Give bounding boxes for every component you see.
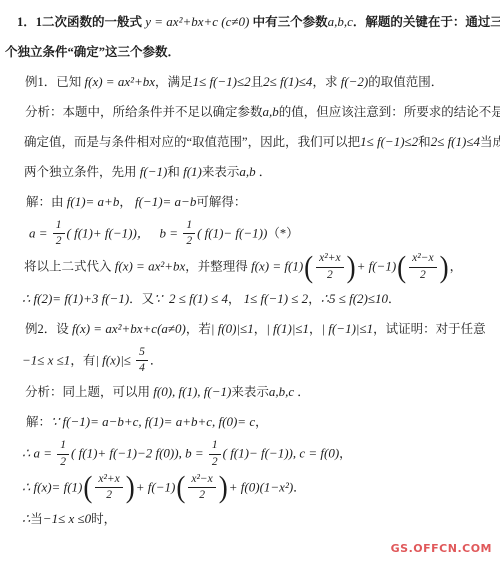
fraction-numerator: x²−x: [409, 252, 436, 267]
paren-fraction: (x²+x2): [82, 471, 135, 504]
fraction-body: x²+x2: [95, 473, 122, 502]
text-run: ，: [119, 195, 135, 209]
close-paren: ): [126, 472, 135, 502]
fraction-body: 12: [183, 219, 195, 248]
document-line: 解：∵ f(−1)= a−b+c, f(1)= a+b+c, f(0)= c，: [5, 407, 496, 437]
text-run: ，: [309, 322, 322, 336]
math-run: f(−1): [137, 164, 168, 179]
math-run: | f(x)|≤: [95, 353, 134, 368]
fraction-numerator: 1: [57, 439, 69, 454]
document-line: 解：由 f(1)= a+b， f(−1)= a−b可解得：: [5, 187, 496, 217]
math-run: a =: [29, 226, 51, 241]
fraction-numerator: 1: [209, 439, 221, 454]
document-line: 两个独立条件，先用 f(−1)和 f(1)来表示a,b ．: [5, 157, 496, 187]
text-run: 两个独立条件，先用: [24, 165, 137, 179]
text-run: 和: [418, 135, 431, 149]
text-run: 且: [251, 75, 264, 89]
document-line: −1≤ x ≤1，有| f(x)|≤ 54．: [5, 344, 496, 377]
math-run: −1≤ x ≤0: [43, 511, 91, 526]
document-line: 例2．设 f(x) = ax²+bx+c(a≠0)，若| f(0)|≤1，| f…: [5, 314, 496, 344]
fraction-body: x²−x2: [188, 473, 215, 502]
math-run: 1≤ f(−1)≤2: [360, 134, 418, 149]
close-paren: ): [347, 252, 356, 282]
document-line: ∴当−1≤ x ≤0时，: [5, 504, 496, 534]
text-run: 例1．已知: [25, 75, 81, 89]
math-run: 1≤ f(−1) ≤ 2: [244, 291, 309, 306]
math-run: f(1): [180, 164, 202, 179]
math-run: y = ax²+bx+c (c≠0): [142, 14, 253, 29]
fraction-denominator: 2: [199, 488, 205, 502]
math-run: | f(1)|≤1: [266, 321, 309, 336]
open-paren: (: [176, 472, 185, 502]
text-run: ．: [150, 354, 163, 368]
fraction-denominator: 2: [56, 234, 62, 248]
math-run: + f(0)(1−x²): [229, 479, 293, 494]
open-paren: (: [83, 472, 92, 502]
text-run: ．: [294, 385, 310, 399]
math-run: 2≤ f(1)≤4: [263, 74, 312, 89]
document-line: 例1．已知 f(x) = ax²+bx，满足1≤ f(−1)≤2且2≤ f(1)…: [5, 67, 496, 97]
text-run: 当: [30, 512, 43, 526]
math-run: + f(−1): [357, 259, 397, 274]
math-run: a,b: [263, 104, 279, 119]
math-run: f(x) = f(1): [248, 259, 303, 274]
text-run: ，: [255, 415, 268, 429]
fraction-denominator: 2: [327, 268, 333, 282]
fraction-body: 12: [209, 439, 221, 468]
text-run: ．解题的关键在于：通过三: [353, 15, 500, 29]
math-run: a,b,c: [328, 14, 353, 29]
text-run: ．又: [129, 292, 154, 306]
fraction-body: 12: [57, 439, 69, 468]
text-run: ，若: [186, 322, 211, 336]
math-run: ∴ f(2)= f(1)+3 f(−1): [22, 291, 129, 306]
math-run: ∵ f(−1)= a−b+c, f(1)= a+b+c, f(0)= c: [51, 414, 255, 429]
fraction-denominator: 2: [420, 268, 426, 282]
math-run: 2≤ f(1)≤4: [431, 134, 480, 149]
fraction-body: 54: [136, 346, 148, 375]
text-run: ，: [228, 292, 244, 306]
text-run: 可解得：: [196, 195, 246, 209]
math-document: 1．1二次函数的一般式 y = ax²+bx+c (c≠0) 中有三个参数a,b…: [0, 0, 500, 534]
fraction-denominator: 2: [212, 455, 218, 469]
text-run: ．: [293, 480, 306, 494]
math-run: f(x) = ax²+bx: [81, 74, 155, 89]
math-run: ( f(1)+ f(−1))， b =: [67, 226, 182, 241]
text-run: 例2．设: [25, 322, 69, 336]
math-run: + f(−1): [136, 479, 176, 494]
math-run: a,b: [239, 164, 255, 179]
fraction-numerator: x²−x: [188, 473, 215, 488]
text-run: 确定值，而是与条件相对应的“取值范围”，因此，我们可以把: [24, 135, 360, 149]
text-run: ．: [388, 292, 401, 306]
fraction-numerator: 5: [136, 346, 148, 361]
text-run: 将以上二式代入: [24, 260, 112, 274]
math-run: ∴ f(x)= f(1): [22, 479, 82, 494]
paren-fraction: (x²+x2): [303, 250, 356, 283]
math-run: ∵ 2 ≤ f(1) ≤ 4: [154, 291, 228, 306]
text-run: ，满足: [155, 75, 193, 89]
text-run: ．: [256, 165, 272, 179]
math-run: ( f(1)− f(−1)): [197, 226, 267, 241]
text-run: 来表示: [231, 385, 269, 399]
text-run: 解：: [26, 415, 51, 429]
open-paren: (: [304, 252, 313, 282]
text-run: ，: [450, 260, 463, 274]
text-run: （*）: [267, 227, 298, 241]
text-run: ，: [308, 292, 321, 306]
text-run: 时，: [91, 512, 116, 526]
text-run: 中有三个参数: [253, 15, 328, 29]
fraction-denominator: 4: [139, 361, 145, 375]
document-line: ∴ f(2)= f(1)+3 f(−1)．又∵ 2 ≤ f(1) ≤ 4， 1≤…: [5, 284, 496, 314]
text-run: 个独立条件“确定”这三个参数．: [5, 45, 180, 59]
paren-fraction: (x²−x2): [175, 471, 228, 504]
fraction-denominator: 2: [106, 488, 112, 502]
math-run: ( f(1)+ f(−1)−2 f(0)), b =: [71, 446, 207, 461]
math-run: f(x) = ax²+bx+c(a≠0): [69, 321, 186, 336]
document-line: ∴ f(x)= f(1)(x²+x2)+ f(−1)(x²−x2)+ f(0)(…: [5, 471, 496, 504]
math-run: ∴ a =: [22, 446, 55, 461]
text-run: ，: [339, 447, 352, 461]
text-run: 的值，但应该注意到：所要求的结论不是: [279, 105, 500, 119]
math-run: f(−2): [337, 74, 368, 89]
math-run: 1≤ f(−1)≤2: [193, 74, 251, 89]
math-run: f(0), f(1), f(−1): [150, 384, 231, 399]
document-line: 将以上二式代入 f(x) = ax²+bx，并整理得 f(x) = f(1)(x…: [5, 250, 496, 283]
text-run: ，试证明：对于任意: [373, 322, 486, 336]
text-run: 1．1二次函数的一般式: [17, 15, 142, 29]
fraction-body: x²+x2: [316, 252, 343, 281]
document-line: a = 12( f(1)+ f(−1))， b = 12( f(1)− f(−1…: [5, 217, 496, 250]
math-run: | f(0)|≤1: [211, 321, 254, 336]
math-run: ∴5 ≤ f(2)≤10: [321, 291, 388, 306]
document-line: 个独立条件“确定”这三个参数．: [5, 37, 496, 67]
fraction-body: 12: [53, 219, 65, 248]
document-line: 确定值，而是与条件相对应的“取值范围”，因此，我们可以把1≤ f(−1)≤2和2…: [5, 127, 496, 157]
math-run: f(1)= a+b: [64, 194, 120, 209]
document-line: 1．1二次函数的一般式 y = ax²+bx+c (c≠0) 中有三个参数a,b…: [5, 7, 496, 37]
math-run: f(−1)= a−b: [135, 194, 196, 209]
document-line: 分析：同上题，可以用 f(0), f(1), f(−1)来表示a,b,c ．: [5, 377, 496, 407]
math-run: f(x) = ax²+bx: [112, 259, 186, 274]
open-paren: (: [397, 252, 406, 282]
fraction-numerator: x²+x: [316, 252, 343, 267]
text-run: 和: [167, 165, 180, 179]
text-run: 解：由: [26, 195, 64, 209]
fraction-numerator: 1: [183, 219, 195, 234]
math-run: ( f(1)− f(−1)), c = f(0): [223, 446, 340, 461]
math-run: | f(−1)|≤1: [322, 321, 374, 336]
paren-fraction: (x²−x2): [396, 250, 449, 283]
text-run: 分析：本题中，所给条件并不足以确定参数: [25, 105, 263, 119]
text-run: ，: [254, 322, 267, 336]
text-run: ，有: [70, 354, 95, 368]
text-run: 当成: [480, 135, 500, 149]
fraction-body: x²−x2: [409, 252, 436, 281]
fraction-denominator: 2: [186, 234, 192, 248]
close-paren: ): [440, 252, 449, 282]
fraction-numerator: x²+x: [95, 473, 122, 488]
math-run: −1≤ x ≤1: [22, 353, 70, 368]
text-run: 的取值范围．: [368, 75, 443, 89]
fraction-denominator: 2: [60, 455, 66, 469]
text-run: ，并整理得: [185, 260, 248, 274]
text-run: 分析：同上题，可以用: [25, 385, 150, 399]
document-line: 分析：本题中，所给条件并不足以确定参数a,b的值，但应该注意到：所要求的结论不是…: [5, 97, 496, 127]
fraction-numerator: 1: [53, 219, 65, 234]
watermark: GS.OFFCN.COM: [391, 542, 492, 555]
text-run: ，求: [312, 75, 337, 89]
math-run: a,b,c: [269, 384, 294, 399]
close-paren: ): [219, 472, 228, 502]
text-run: 来表示: [202, 165, 240, 179]
document-line: ∴ a = 12( f(1)+ f(−1)−2 f(0)), b = 12( f…: [5, 437, 496, 470]
